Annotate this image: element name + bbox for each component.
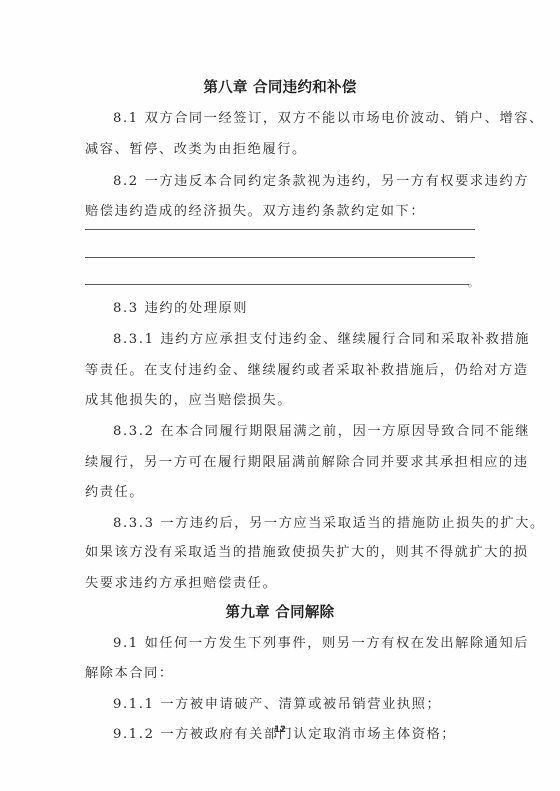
chapter-8-heading: 第八章 合同违约和补偿	[0, 76, 560, 97]
clause-9-1-line-2: 解除本合同：	[85, 662, 174, 681]
clause-8-3-3-line-1: 8.3.3 一方违约后，另一方应当采取适当的措施防止损失的扩大。	[113, 512, 545, 531]
clause-8-1-line-1: 8.1 双方合同一经签订，双方不能以市场电价波动、销户、增容、	[113, 107, 544, 126]
clause-8-3-2-line-3: 约责任。	[85, 481, 144, 500]
clause-8-3-2-line-1: 8.3.2 在本合同履行期限届满之前，因一方原因导致合同不能继	[113, 420, 530, 439]
clause-9-1-1: 9.1.1 一方被申请破产、清算或被吊销营业执照；	[113, 693, 441, 712]
clause-8-2-line-2: 赔偿违约造成的经济损失。双方违约条款约定如下：	[85, 200, 425, 219]
clause-8-3-1-line-2: 等责任。在支付违约金、继续履约或者采取补救措施后，仍给对方造	[85, 359, 529, 378]
clause-8-2-line-1: 8.2 一方违反本合同约定条款视为违约，另一方有权要求违约方	[113, 170, 529, 189]
clause-8-3-3-line-2: 如果该方没有采取适当的措施致使损失扩大的，则其不得就扩大的损	[85, 541, 529, 560]
blank-fill-end-mark: 。	[468, 274, 479, 290]
clause-8-3-1-line-1: 8.3.1 违约方应承担支付违约金、继续履行合同和采取补救措施	[113, 328, 530, 347]
clause-8-1-line-2: 减容、暂停、改类为由拒绝履行。	[85, 138, 307, 157]
page-number: 12	[0, 725, 560, 735]
blank-fill-line-2	[85, 257, 475, 258]
clause-8-3-1-line-3: 成其他损失的，应当赔偿损失。	[85, 389, 292, 408]
blank-fill-line-3	[85, 284, 469, 285]
clause-9-1-line-1: 9.1 如任何一方发生下列事件，则另一方有权在发出解除通知后	[113, 632, 529, 651]
clause-8-3-2-line-2: 续履行，另一方可在履行期限届满前解除合同并要求其承担相应的违	[85, 451, 529, 470]
document-page: 第八章 合同违约和补偿 8.1 双方合同一经签订，双方不能以市场电价波动、销户、…	[0, 0, 560, 791]
chapter-9-heading: 第九章 合同解除	[0, 601, 560, 622]
blank-fill-line-1	[85, 229, 475, 230]
clause-8-3-title: 8.3 违约的处理原则	[113, 297, 248, 316]
clause-8-3-3-line-3: 失要求违约方承担赔偿责任。	[85, 572, 277, 591]
